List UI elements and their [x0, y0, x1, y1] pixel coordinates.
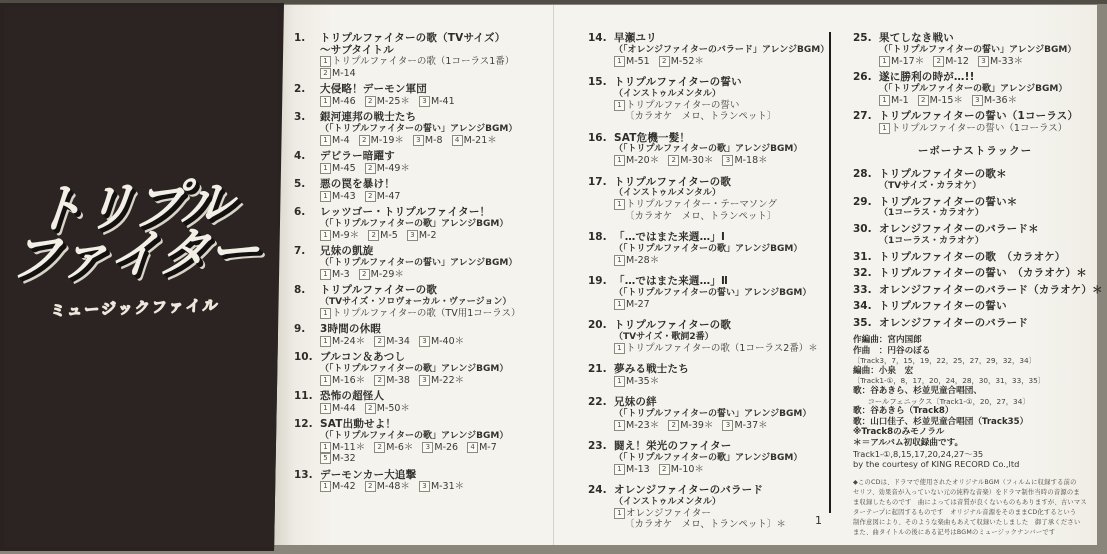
track-body: 銀河連邦の戦士たち（「トリプルファイターの誓い」アレンジBGM）1M-42M-1…	[320, 112, 570, 146]
track-item: 1.トリプルファイターの歌（TVサイズ）〜サブタイトル1トリプルファイターの歌（…	[294, 33, 570, 79]
cue-entry: 1M-51	[614, 56, 650, 67]
track-cue-line: 1M-27	[614, 299, 824, 311]
track-number: 8.	[294, 285, 320, 297]
track-body: 「…ではまた来週…」Ⅰ（「トリプルファイターの歌」アレンジBGM）1M-28＊	[614, 232, 824, 266]
track-title: オレンジファイターのバラード	[614, 485, 824, 497]
track-title: オレンジファイターのバラード＊	[879, 224, 1097, 236]
credit-line: 編曲：小泉 宏	[853, 366, 1097, 377]
track-cue-line: 1M-422M-48＊3M-31＊	[320, 481, 570, 493]
track-number: 4.	[294, 151, 320, 163]
track-item: 3.銀河連邦の戦士たち（「トリプルファイターの誓い」アレンジBGM）1M-42M…	[294, 112, 570, 146]
track-number: 25.	[853, 33, 879, 45]
cue-entry: 1M-1	[879, 95, 909, 106]
cue-number-box: 1	[614, 255, 625, 266]
credit-line: 作曲 ：円谷のぼる	[853, 346, 1097, 357]
cue-entry: 1M-43	[320, 191, 356, 202]
credit-line: 歌：山口佳子、杉並児童合唱団（Track35）	[853, 417, 1097, 428]
cue-number-box: 3	[722, 155, 733, 166]
track-title: 兄妹の絆	[614, 397, 824, 409]
cue-label: M-44	[332, 403, 356, 414]
cue-label: M-9＊	[332, 230, 359, 241]
notice-line: 制作意図により、そのような楽曲もあえて収録いたしました 御了承ください	[853, 518, 1105, 528]
cue-entry: 3M-2	[407, 230, 437, 241]
track-title: トリプルファイターの誓い（1コーラス）	[879, 111, 1097, 123]
track-cue-line: 1M-12M-15＊3M-36＊	[879, 95, 1097, 107]
track-title: トリプルファイターの歌	[614, 177, 824, 189]
cue-entry: 1トリプルファイター・テーマソング	[614, 199, 777, 210]
cue-label: M-21＊	[464, 135, 497, 146]
cue-entry: 1M-44	[320, 403, 356, 414]
track-body: トリプルファイターの歌（インストゥルメンタル）1トリプルファイター・テーマソング…	[614, 177, 824, 223]
track-body: トリプルファイターの誓い（1コーラス）1トリプルファイターの誓い（1コーラス）	[879, 111, 1097, 134]
cue-entry: 〔カラオケ メロ、トランペット〕	[614, 211, 776, 222]
cue-number-box: 1	[320, 56, 331, 67]
cue-entry: 2M-15＊	[918, 95, 963, 106]
track-subtitle: （インストゥルメンタル）	[614, 89, 824, 100]
cue-number-box: 2	[668, 420, 679, 431]
cue-entry: 1M-24＊	[320, 336, 365, 347]
track-cue-line: 1M-462M-25＊3M-41	[320, 96, 570, 108]
track-item: 12.SAT出動せよ！（「トリプルファイターの歌」アレンジBGM）1M-11＊2…	[294, 419, 570, 465]
cue-entry: 〔カラオケ メロ、トランペット〕	[614, 111, 776, 122]
track-title: オレンジファイターのバラード	[879, 318, 1097, 330]
cue-label: 〔カラオケ メロ、トランペット〕	[625, 211, 776, 222]
track-number: 1.	[294, 33, 320, 45]
cue-number-box: 2	[365, 403, 376, 414]
track-subtitle: （インストゥルメンタル）	[614, 497, 824, 508]
album-logo: トリプル ファイター ミュージックファイル	[0, 176, 266, 322]
track-title: トリプルファイターの歌 （カラオケ）	[879, 252, 1097, 264]
track-item: 8.トリプルファイターの歌（TVサイズ・ソロヴォーカル・ヴァージョン）1トリプル…	[294, 285, 570, 319]
cue-number-box: 3	[972, 95, 983, 106]
credit-line: ＊＝アルバム初収録曲です。	[853, 438, 1097, 449]
track-number: 19.	[588, 276, 614, 288]
track-cue-line: 1M-42M-19＊3M-84M-21＊	[320, 135, 570, 147]
track-body: オレンジファイターのバラード＊（1コーラス・カラオケ）	[879, 224, 1097, 247]
track-subtitle: （「トリプルファイターの誓い」アレンジBGM）	[879, 45, 1097, 56]
track-body: 夢みる戦士たち1M-35＊	[614, 364, 824, 387]
cue-entry: 3M-18＊	[722, 155, 767, 166]
track-cue-line: 〔カラオケ メロ、トランペット〕	[614, 211, 824, 223]
track-title: 果てしなき戦い	[879, 33, 1097, 45]
track-item: 7.兄妹の凱旋（「トリプルファイターの誓い」アレンジBGM）1M-32M-29＊	[294, 246, 570, 280]
cue-label: M-34	[386, 336, 410, 347]
track-item: 5.悪の罠を暴け！1M-432M-47	[294, 179, 570, 202]
cue-entry: 1M-20＊	[614, 155, 659, 166]
liner-notice: ◆このCDは、ドラマで使用されたオリジナルBGM（フィルムに収録する前のセリフ、…	[853, 478, 1105, 538]
track-cue-line: 1M-35＊	[614, 376, 824, 388]
cue-number-box: 2	[374, 375, 385, 386]
cue-entry: 2M-38	[374, 375, 410, 386]
cue-label: M-26	[434, 442, 458, 453]
track-number: 23.	[588, 441, 614, 453]
cue-number-box: 5	[320, 453, 331, 464]
cue-number-box: 1	[320, 191, 331, 202]
track-subtitle: （1コーラス・カラオケ）	[879, 208, 1097, 219]
cue-entry: 1M-46	[320, 96, 356, 107]
cue-label: M-19＊	[371, 135, 404, 146]
track-subtitle: （TVサイズ・カラオケ）	[879, 181, 1097, 192]
cue-entry: 1M-3	[320, 269, 350, 280]
notice-line: ま収録したものです 曲によっては音質が良くないものもありますが、古いマス	[853, 498, 1105, 508]
cue-number-box: 1	[614, 199, 625, 210]
credit-line: ※Track8のみモノラル	[853, 427, 1097, 438]
cue-entry: 4M-7	[467, 442, 497, 453]
cue-number-box: 3	[978, 56, 989, 67]
track-body: SAT危機一髪！（「トリプルファイターの歌」アレンジBGM）1M-20＊2M-3…	[614, 133, 824, 167]
cue-entry: 2M-48＊	[365, 481, 410, 492]
cue-number-box: 1	[320, 135, 331, 146]
track-title: 「…ではまた来週…」Ⅰ	[614, 232, 824, 244]
track-number: 35.	[853, 318, 879, 330]
track-title: 闘え！栄光のファイター	[614, 441, 824, 453]
track-number: 31.	[853, 252, 879, 264]
cue-entry: 3M-37＊	[722, 420, 767, 431]
track-body: 「…ではまた来週…」Ⅱ（「トリプルファイターの誓い」アレンジBGM）1M-27	[614, 276, 824, 310]
cue-number-box: 2	[365, 481, 376, 492]
credits-block: 作編曲：宮内国郎作曲 ：円谷のぼる〔Track3，7，15，19，22，25，2…	[853, 335, 1097, 469]
track-title: トリプルファイターの歌	[320, 285, 570, 297]
cue-label: M-50＊	[377, 403, 410, 414]
track-cue-line: 1トリプルファイターの歌（1コーラス1番）	[320, 56, 570, 68]
cue-number-box: 1	[614, 343, 625, 354]
cue-entry: 1トリプルファイターの歌（1コーラス1番）	[320, 56, 514, 67]
cue-label: M-42	[332, 481, 356, 492]
tracklist-column-3: 25.果てしなき戦い（「トリプルファイターの誓い」アレンジBGM）1M-17＊2…	[853, 33, 1097, 538]
album-cover: トリプル ファイター ミュージックファイル	[0, 3, 284, 551]
cue-entry: 2M-10＊	[659, 464, 704, 475]
cue-entry: 1M-11＊	[320, 442, 365, 453]
cue-label: M-11＊	[332, 442, 365, 453]
cue-entry: 2M-30＊	[668, 155, 713, 166]
track-title: 〜サブタイトル	[320, 45, 570, 57]
cue-number-box: 3	[419, 375, 430, 386]
track-body: トリプルファイターの歌 （カラオケ）	[879, 252, 1097, 264]
cue-label: M-51	[626, 56, 650, 67]
track-item: 10.ブルコン＆あつし（「トリプルファイターの歌」アレンジBGM）1M-16＊2…	[294, 352, 570, 386]
track-subtitle: （「トリプルファイターの歌」アレンジBGM）	[879, 84, 1097, 95]
track-cue-line: 1トリプルファイター・テーマソング	[614, 199, 824, 211]
track-cue-line: 1M-24＊2M-343M-40＊	[320, 336, 570, 348]
track-item: 9.3時間の休暇1M-24＊2M-343M-40＊	[294, 324, 570, 347]
cue-entry: 2M-47	[365, 191, 401, 202]
track-cue-line: 1トリプルファイターの誓い（1コーラス）	[879, 123, 1097, 135]
cue-number-box: 2	[365, 163, 376, 174]
cue-label: M-47	[377, 191, 401, 202]
cue-number-box: 2	[659, 56, 670, 67]
cue-number-box: 1	[320, 375, 331, 386]
cue-number-box: 1	[879, 95, 890, 106]
track-number: 34.	[853, 301, 879, 313]
track-item: 11.恐怖の超怪人1M-442M-50＊	[294, 391, 570, 414]
track-item: 35.オレンジファイターのバラード	[853, 318, 1097, 330]
track-title: オレンジファイターのバラード（カラオケ）＊	[879, 285, 1103, 297]
cue-number-box: 1	[614, 299, 625, 310]
track-body: トリプルファイターの誓い （カラオケ）＊	[879, 268, 1097, 280]
cue-number-box: 1	[614, 155, 625, 166]
track-item: 14.早瀬ユリ（「オレンジファイターのバラード」アレンジBGM）1M-512M-…	[588, 33, 824, 67]
column-divider-line	[829, 32, 831, 513]
cue-entry: 1トリプルファイターの誓い（1コーラス）	[879, 123, 1067, 134]
track-number: 29.	[853, 197, 879, 209]
track-number: 16.	[588, 133, 614, 145]
track-body: トリプルファイターの歌（TVサイズ・ソロヴォーカル・ヴァージョン）1トリプルファ…	[320, 285, 570, 319]
track-item: 32.トリプルファイターの誓い （カラオケ）＊	[853, 268, 1097, 280]
cue-label: M-4	[332, 135, 350, 146]
cue-label: トリプルファイターの歌（1コーラス2番）＊	[626, 343, 818, 354]
track-cue-line: 1M-9＊2M-53M-2	[320, 230, 570, 242]
track-title: トリプルファイターの誓い	[614, 77, 824, 89]
track-number: 17.	[588, 177, 614, 189]
cue-entry: 〔カラオケ メロ、トランペット〕＊	[614, 519, 786, 530]
track-item: 34.トリプルファイターの誓い	[853, 301, 1097, 313]
cue-label: M-39＊	[680, 420, 713, 431]
cue-number-box: 1	[614, 56, 625, 67]
track-title: トリプルファイターの歌	[614, 320, 827, 332]
track-item: 24.オレンジファイターのバラード（インストゥルメンタル）1オレンジファイター〔…	[588, 485, 824, 531]
track-body: デビラー暗躍す1M-452M-49＊	[320, 151, 570, 174]
cue-entry: 2M-49＊	[365, 163, 410, 174]
track-body: トリプルファイターの歌（TVサイズ）〜サブタイトル1トリプルファイターの歌（1コ…	[320, 33, 570, 79]
cue-number-box: 4	[452, 135, 463, 146]
cue-label: M-48＊	[377, 481, 410, 492]
track-subtitle: （TVサイズ・歌詞2番）	[614, 332, 827, 343]
track-number: 11.	[294, 391, 320, 403]
track-subtitle: （インストゥルメンタル）	[614, 188, 824, 199]
track-number: 10.	[294, 352, 320, 364]
track-number: 27.	[853, 111, 879, 123]
track-cue-line: 〔カラオケ メロ、トランペット〕	[614, 111, 824, 123]
track-title: トリプルファイターの誓い＊	[879, 197, 1097, 209]
cue-entry: 1M-45	[320, 163, 356, 174]
track-cue-line: 〔カラオケ メロ、トランペット〕＊	[614, 519, 824, 531]
cue-label: M-16＊	[332, 375, 365, 386]
cue-label: トリプルファイターの歌（TV用1コーラス）	[332, 308, 521, 319]
cue-number-box: 1	[320, 442, 331, 453]
track-cue-line: 1M-432M-47	[320, 191, 570, 203]
cue-number-box: 2	[365, 96, 376, 107]
track-subtitle: （「トリプルファイターの誓い」アレンジBGM）	[320, 124, 570, 135]
cue-label: M-29＊	[371, 269, 404, 280]
track-cue-line: 1M-442M-50＊	[320, 403, 570, 415]
cue-label: M-17＊	[891, 56, 924, 67]
cue-label: M-8	[425, 135, 443, 146]
track-item: 4.デビラー暗躍す1M-452M-49＊	[294, 151, 570, 174]
track-body: トリプルファイターの誓い＊（1コーラス・カラオケ）	[879, 197, 1097, 220]
cue-label: M-1	[891, 95, 909, 106]
credit-line: 歌：谷あきら、杉並児童合唱団、	[853, 386, 1097, 397]
track-item: 22.兄妹の絆（「トリプルファイターの誓い」アレンジBGM）1M-23＊2M-3…	[588, 397, 824, 431]
track-cue-line: 1オレンジファイター	[614, 508, 824, 520]
track-item: 31.トリプルファイターの歌 （カラオケ）	[853, 252, 1097, 264]
cue-label: M-45	[332, 163, 356, 174]
track-item: 27.トリプルファイターの誓い（1コーラス）1トリプルファイターの誓い（1コーラ…	[853, 111, 1097, 134]
cue-entry: 1M-42	[320, 481, 356, 492]
cue-number-box: 1	[320, 163, 331, 174]
cue-number-box: 2	[320, 68, 331, 79]
cue-number-box: 2	[359, 269, 370, 280]
track-item: 6.レッツゴー・トリプルファイター！（「トリプルファイターの歌」アレンジBGM）…	[294, 207, 570, 241]
cue-number-box: 2	[374, 336, 385, 347]
cue-entry: 4M-21＊	[452, 135, 497, 146]
track-subtitle: （「トリプルファイターの歌」アレンジBGM）	[614, 144, 824, 155]
cue-label: M-10＊	[671, 464, 704, 475]
cue-number-box: 1	[320, 96, 331, 107]
cue-label: M-52＊	[671, 56, 704, 67]
track-number: 21.	[588, 364, 614, 376]
cue-label: M-12	[945, 56, 969, 67]
cue-number-box: 2	[933, 56, 944, 67]
bonus-tracks-heading: ーボーナストラックー	[853, 143, 1097, 158]
track-body: オレンジファイターのバラード（カラオケ）＊	[879, 285, 1103, 297]
track-cue-line: 1M-32M-29＊	[320, 269, 570, 281]
cue-entry: 2M-5	[368, 230, 398, 241]
cue-entry: 1トリプルファイターの歌（TV用1コーラス）	[320, 308, 521, 319]
cue-entry: 1M-23＊	[614, 420, 659, 431]
credit-line: コールフェニックス〔Track1-①，20，27，34〕	[853, 397, 1097, 407]
cue-label: M-2	[419, 230, 437, 241]
track-cue-line: 1トリプルファイターの歌（TV用1コーラス）	[320, 308, 570, 320]
track-cue-line: 1M-20＊2M-30＊3M-18＊	[614, 155, 824, 167]
cue-entry: 5M-32	[320, 453, 356, 464]
cue-label: M-25＊	[377, 96, 410, 107]
credit-line: 歌：谷あきら（Track8）	[853, 406, 1097, 417]
track-cue-line: 1M-28＊	[614, 255, 824, 267]
track-item: 20.トリプルファイターの歌（TVサイズ・歌詞2番）1トリプルファイターの歌（1…	[588, 320, 824, 354]
track-title: レッツゴー・トリプルファイター！	[320, 207, 570, 219]
cue-label: 〔カラオケ メロ、トランペット〕	[625, 111, 776, 122]
cue-label: M-36＊	[984, 95, 1017, 106]
cue-number-box: 2	[659, 464, 670, 475]
track-cue-line: 1M-16＊2M-383M-22＊	[320, 375, 570, 387]
track-title: 兄妹の凱旋	[320, 246, 570, 258]
cue-label: M-18＊	[734, 155, 767, 166]
track-cue-line: 1M-11＊2M-6＊3M-264M-7	[320, 442, 570, 454]
track-body: トリプルファイターの誓い（インストゥルメンタル）1トリプルファイターの誓い〔カラ…	[614, 77, 824, 123]
credit-line: by the courtesy of KING RECORD Co.,ltd	[853, 459, 1097, 469]
cue-entry: 3M-36＊	[972, 95, 1017, 106]
cue-entry: 2M-39＊	[668, 420, 713, 431]
track-number: 12.	[294, 419, 320, 431]
track-item: 26.遂に勝利の時が…!!（「トリプルファイターの歌」アレンジBGM）1M-12…	[853, 72, 1097, 106]
track-item: 16.SAT危機一髪！（「トリプルファイターの歌」アレンジBGM）1M-20＊2…	[588, 133, 824, 167]
cue-label: M-7	[479, 442, 497, 453]
cue-entry: 3M-26	[422, 442, 458, 453]
track-body: SAT出動せよ！（「トリプルファイターの歌」アレンジBGM）1M-11＊2M-6…	[320, 419, 570, 465]
track-item: 13.デーモンカー大追撃1M-422M-48＊3M-31＊	[294, 470, 570, 493]
cue-number-box: 3	[413, 135, 424, 146]
cue-number-box: 1	[879, 56, 890, 67]
cue-number-box: 1	[614, 420, 625, 431]
track-item: 15.トリプルファイターの誓い（インストゥルメンタル）1トリプルファイターの誓い…	[588, 77, 824, 123]
notice-line: ターテープに起因するものです オリジナル音源をそのままCD化するという	[853, 508, 1105, 518]
booklet-scan: 1.トリプルファイターの歌（TVサイズ）〜サブタイトル1トリプルファイターの歌（…	[0, 0, 1107, 554]
cue-entry: 1トリプルファイターの誓い	[614, 100, 739, 111]
track-title: 銀河連邦の戦士たち	[320, 112, 570, 124]
cue-label: M-23＊	[626, 420, 659, 431]
cue-entry: 1M-35＊	[614, 376, 659, 387]
track-item: 23.闘え！栄光のファイター（「トリプルファイターの歌」アレンジBGM）1M-1…	[588, 441, 824, 475]
track-number: 2.	[294, 84, 320, 96]
track-cue-line: 1トリプルファイターの歌（1コーラス2番）＊	[614, 343, 827, 355]
cue-label: オレンジファイター	[626, 508, 711, 519]
track-body: オレンジファイターのバラード	[879, 318, 1097, 330]
track-number: 3.	[294, 112, 320, 124]
cue-number-box: 1	[320, 269, 331, 280]
cue-label: M-33＊	[990, 56, 1023, 67]
track-item: 18.「…ではまた来週…」Ⅰ（「トリプルファイターの歌」アレンジBGM）1M-2…	[588, 232, 824, 266]
track-number: 9.	[294, 324, 320, 336]
track-subtitle: （「オレンジファイターのバラード」アレンジBGM）	[614, 45, 829, 56]
credit-line: Track1-①,8,15,17,20,24,27～35	[853, 449, 1097, 459]
track-number: 13.	[294, 470, 320, 482]
track-body: 早瀬ユリ（「オレンジファイターのバラード」アレンジBGM）1M-512M-52＊	[614, 33, 829, 67]
logo-title-line2: ファイター	[0, 224, 266, 285]
track-item: 29.トリプルファイターの誓い＊（1コーラス・カラオケ）	[853, 197, 1097, 220]
track-body: ブルコン＆あつし（「トリプルファイターの歌」アレンジBGM）1M-16＊2M-3…	[320, 352, 570, 386]
track-number: 28.	[853, 169, 879, 181]
cue-entry: 2M-19＊	[359, 135, 404, 146]
track-subtitle: （「トリプルファイターの歌」アレンジBGM）	[320, 364, 570, 375]
cue-number-box: 2	[668, 155, 679, 166]
cue-number-box: 3	[422, 442, 433, 453]
track-cue-line: 5M-32	[320, 453, 570, 465]
cue-label: M-3	[332, 269, 350, 280]
tracklist-column-2: 14.早瀬ユリ（「オレンジファイターのバラード」アレンジBGM）1M-512M-…	[588, 33, 824, 541]
track-title: トリプルファイターの歌＊	[879, 169, 1097, 181]
cue-entry: 2M-52＊	[659, 56, 704, 67]
track-number: 18.	[588, 232, 614, 244]
track-item: 2.大侵略！デーモン軍団1M-462M-25＊3M-41	[294, 84, 570, 107]
track-item: 33.オレンジファイターのバラード（カラオケ）＊	[853, 285, 1097, 297]
track-item: 28.トリプルファイターの歌＊（TVサイズ・カラオケ）	[853, 169, 1097, 192]
track-body: 果てしなき戦い（「トリプルファイターの誓い」アレンジBGM）1M-17＊2M-1…	[879, 33, 1097, 67]
track-title: デーモンカー大追撃	[320, 470, 570, 482]
cue-number-box: 1	[614, 100, 625, 111]
notice-line: ◆このCDは、ドラマで使用されたオリジナルBGM（フィルムに収録する前の	[853, 478, 1105, 488]
track-body: トリプルファイターの歌（TVサイズ・歌詞2番）1トリプルファイターの歌（1コーラ…	[614, 320, 827, 354]
track-title: 悪の罠を暴け！	[320, 179, 570, 191]
cue-label: M-5	[380, 230, 398, 241]
cue-entry: 1オレンジファイター	[614, 508, 711, 519]
track-number: 7.	[294, 246, 320, 258]
cue-number-box: 3	[419, 96, 430, 107]
track-title: 早瀬ユリ	[614, 33, 829, 45]
cue-label: M-20＊	[626, 155, 659, 166]
cue-entry: 1M-27	[614, 299, 650, 310]
cue-entry: 1M-17＊	[879, 56, 924, 67]
track-title: トリプルファイターの歌（TVサイズ）	[320, 33, 570, 45]
cue-entry: 1M-28＊	[614, 255, 659, 266]
track-number: 26.	[853, 72, 879, 84]
track-title: ブルコン＆あつし	[320, 352, 570, 364]
track-cue-line: 1M-452M-49＊	[320, 163, 570, 175]
track-item: 19.「…ではまた来週…」Ⅱ（「トリプルファイターの誓い」アレンジBGM）1M-…	[588, 276, 824, 310]
cue-label: M-22＊	[431, 375, 464, 386]
cue-label: M-46	[332, 96, 356, 107]
track-title: 夢みる戦士たち	[614, 364, 824, 376]
track-body: トリプルファイターの歌＊（TVサイズ・カラオケ）	[879, 169, 1097, 192]
cue-entry: 2M-12	[933, 56, 969, 67]
cue-label: M-40＊	[431, 336, 464, 347]
cue-label: M-41	[431, 96, 455, 107]
track-cue-line: 1トリプルファイターの誓い	[614, 100, 824, 112]
track-body: 恐怖の超怪人1M-442M-50＊	[320, 391, 570, 414]
track-item: 21.夢みる戦士たち1M-35＊	[588, 364, 824, 387]
cue-entry: 1トリプルファイターの歌（1コーラス2番）＊	[614, 343, 818, 354]
track-number: 24.	[588, 485, 614, 497]
cue-entry: 3M-22＊	[419, 375, 464, 386]
